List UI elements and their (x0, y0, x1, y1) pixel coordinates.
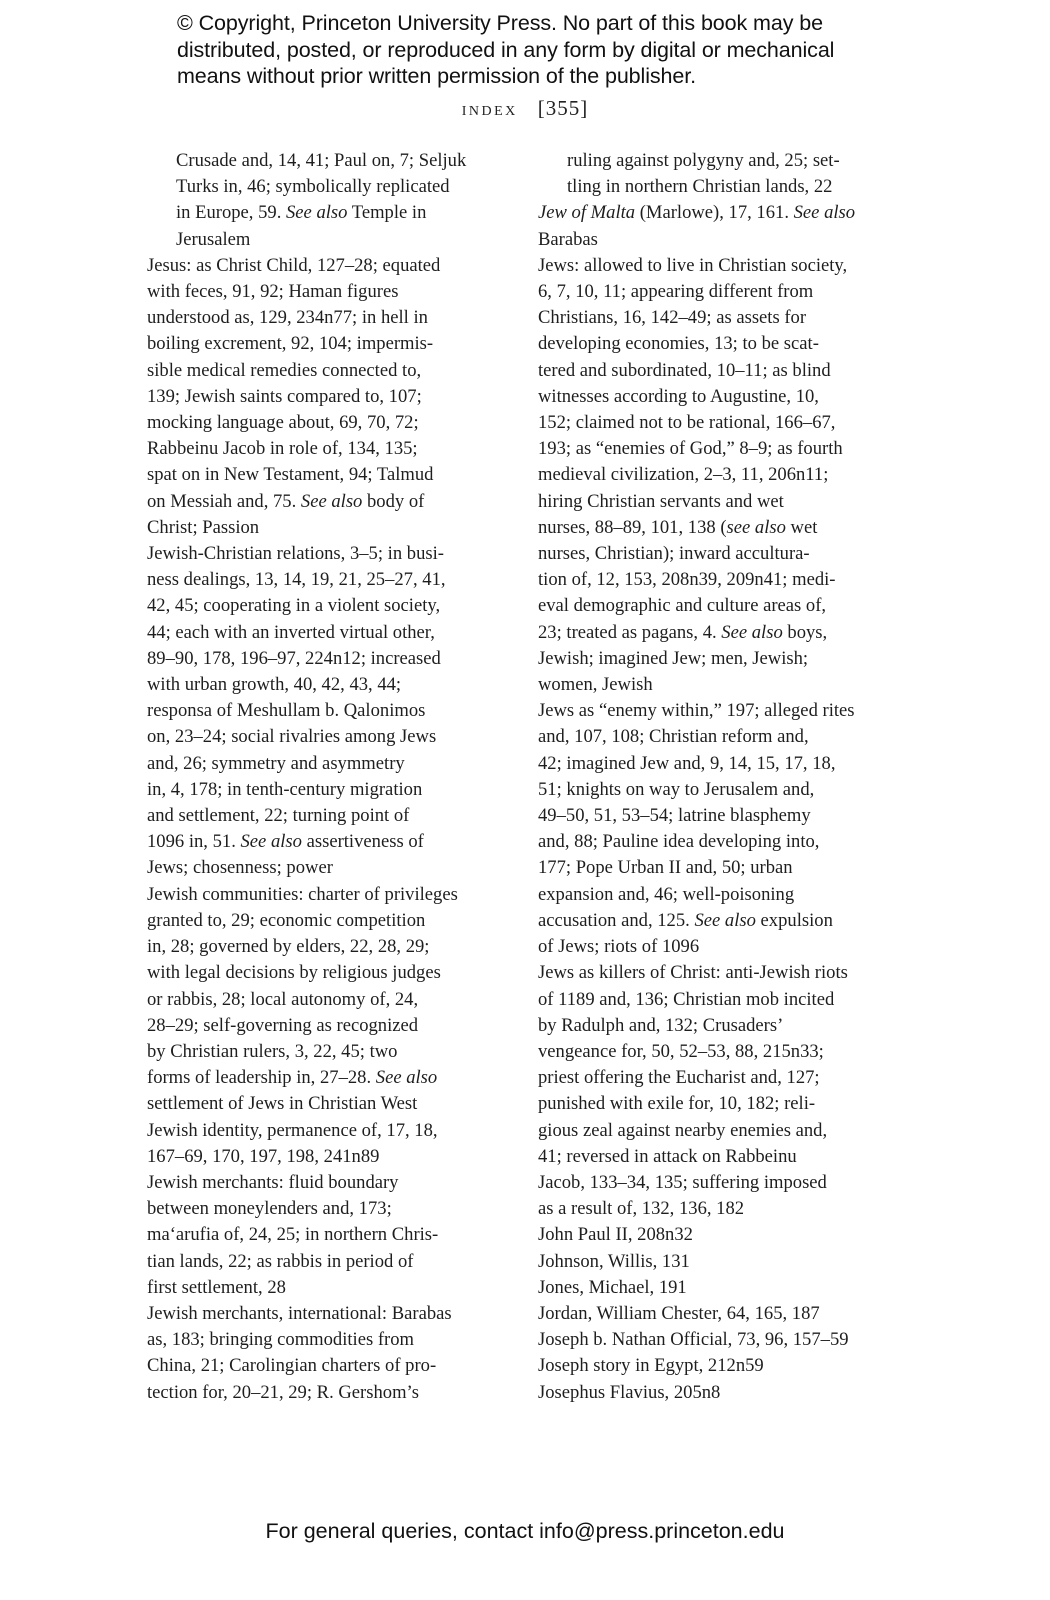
text-segment: boys, (783, 622, 827, 643)
text-segment: and, 107, 108; Christian reform and, (538, 726, 809, 747)
index-entry-line: medieval civilization, 2–3, 11, 206n11; (567, 462, 898, 488)
index-entry-line: 152; claimed not to be rational, 166–67, (567, 410, 898, 436)
text-segment: ma‘arufia of, 24, 25; in northern Chris- (147, 1224, 438, 1245)
text-segment: 1096 in, 51. (147, 831, 241, 852)
index-entry: Jesus: as Christ Child, 127–28; equatedw… (147, 253, 519, 541)
index-entry: Jewish-Christian relations, 3–5; in busi… (147, 541, 519, 882)
index-entry-line: Jordan, William Chester, 64, 165, 187 (567, 1301, 898, 1327)
index-entry: Jones, Michael, 191 (538, 1275, 898, 1301)
italic-text: See also (301, 491, 362, 512)
text-segment: Jewish merchants: fluid boundary (147, 1172, 398, 1193)
index-entry-line: sible medical remedies connected to, (176, 358, 519, 384)
index-entry-line: responsa of Meshullam b. Qalonimos (176, 698, 519, 724)
text-segment: Jews as killers of Christ: anti-Jewish r… (538, 962, 848, 983)
text-segment: responsa of Meshullam b. Qalonimos (147, 700, 425, 721)
text-segment: forms of leadership in, 27–28. (147, 1067, 376, 1088)
index-entry-line: as a result of, 132, 136, 182 (567, 1196, 898, 1222)
text-segment: 51; knights on way to Jerusalem and, (538, 779, 814, 800)
text-segment: in, 4, 178; in tenth-century migration (147, 779, 422, 800)
index-entry-line: vengeance for, 50, 52–53, 88, 215n33; (567, 1039, 898, 1065)
text-segment: in Europe, 59. (176, 202, 286, 223)
index-entry-line: Jews as killers of Christ: anti-Jewish r… (567, 960, 898, 986)
index-entry-line: understood as, 129, 234n77; in hell in (176, 305, 519, 331)
text-segment: with urban growth, 40, 42, 43, 44; (147, 674, 401, 695)
text-segment: granted to, 29; economic competition (147, 910, 425, 931)
index-entry-line: Jewish identity, permanence of, 17, 18, (176, 1118, 519, 1144)
italic-text: See also (721, 622, 782, 643)
text-segment: by Christian rulers, 3, 22, 45; two (147, 1041, 397, 1062)
text-segment: assertiveness of (302, 831, 424, 852)
text-segment: of Jews; riots of 1096 (538, 936, 699, 957)
text-segment: tian lands, 22; as rabbis in period of (147, 1251, 413, 1272)
index-entry-line: by Christian rulers, 3, 22, 45; two (176, 1039, 519, 1065)
index-entry-line: hiring Christian servants and wet (567, 489, 898, 515)
italic-text: see also (727, 517, 786, 538)
index-entry-line: Josephus Flavius, 205n8 (567, 1380, 898, 1406)
index-entry-line: of Jews; riots of 1096 (567, 934, 898, 960)
running-head: INDEX [355] (0, 96, 1050, 121)
index-entry-line: 167–69, 170, 197, 198, 241n89 (176, 1144, 519, 1170)
index-entry-line: tian lands, 22; as rabbis in period of (176, 1249, 519, 1275)
index-entry-line: 193; as “enemies of God,” 8–9; as fourth (567, 436, 898, 462)
index-entry: Johnson, Willis, 131 (538, 1249, 898, 1275)
text-segment: 89–90, 178, 196–97, 224n12; increased (147, 648, 441, 669)
index-column-left: Crusade and, 14, 41; Paul on, 7; SeljukT… (147, 148, 519, 1406)
index-entry-line: in, 4, 178; in tenth-century migration (176, 777, 519, 803)
text-segment: accusation and, 125. (538, 910, 694, 931)
index-entry-line: on, 23–24; social rivalries among Jews (176, 724, 519, 750)
text-segment: Jews; chosenness; power (147, 857, 333, 878)
text-segment: Joseph story in Egypt, 212n59 (538, 1355, 764, 1376)
text-segment: Johnson, Willis, 131 (538, 1251, 690, 1272)
text-segment: between moneylenders and, 173; (147, 1198, 392, 1219)
text-segment: Turks in, 46; symbolically replicated (176, 176, 450, 197)
copyright-line: distributed, posted, or reproduced in an… (177, 37, 877, 64)
text-segment: 177; Pope Urban II and, 50; urban (538, 857, 793, 878)
copyright-line: means without prior written permission o… (177, 63, 877, 90)
text-segment: expulsion (756, 910, 833, 931)
text-segment: 41; reversed in attack on Rabbeinu (538, 1146, 797, 1167)
index-entry-line: ness dealings, 13, 14, 19, 21, 25–27, 41… (176, 567, 519, 593)
index-entry-line: mocking language about, 69, 70, 72; (176, 410, 519, 436)
text-segment: expansion and, 46; well-poisoning (538, 884, 794, 905)
index-entry-continued: ruling against polygyny and, 25; set-tli… (538, 148, 898, 200)
index-entry-line: in, 28; governed by elders, 22, 28, 29; (176, 934, 519, 960)
index-entry-line: Jewish merchants: fluid boundary (176, 1170, 519, 1196)
page-number: [355] (538, 96, 589, 120)
text-segment: sible medical remedies connected to, (147, 360, 421, 381)
text-segment: Jacob, 133–34, 135; suffering imposed (538, 1172, 827, 1193)
index-entry-line: John Paul II, 208n32 (567, 1222, 898, 1248)
text-segment: China, 21; Carolingian charters of pro- (147, 1355, 436, 1376)
text-segment: 193; as “enemies of God,” 8–9; as fourth (538, 438, 843, 459)
text-segment: on, 23–24; social rivalries among Jews (147, 726, 436, 747)
index-entry-line: expansion and, 46; well-poisoning (567, 882, 898, 908)
text-segment: with feces, 91, 92; Haman figures (147, 281, 398, 302)
index-entry-line: Jewish merchants, international: Barabas (176, 1301, 519, 1327)
index-entry-line: women, Jewish (567, 672, 898, 698)
index-entry-line: 28–29; self-governing as recognized (176, 1013, 519, 1039)
text-segment: Jewish communities: charter of privilege… (147, 884, 458, 905)
text-segment: Crusade and, 14, 41; Paul on, 7; Seljuk (176, 150, 466, 171)
text-segment: 42, 45; cooperating in a violent society… (147, 595, 440, 616)
text-segment: and settlement, 22; turning point of (147, 805, 409, 826)
text-segment: developing economies, 13; to be scat- (538, 333, 819, 354)
index-entry-line: granted to, 29; economic competition (176, 908, 519, 934)
text-segment: tling in northern Christian lands, 22 (567, 176, 832, 197)
index-entry-line: accusation and, 125. See also expulsion (567, 908, 898, 934)
text-segment: Temple in (347, 202, 426, 223)
text-segment: Josephus Flavius, 205n8 (538, 1382, 720, 1403)
index-entry: Jews as “enemy within,” 197; alleged rit… (538, 698, 898, 960)
index-entry-line: gious zeal against nearby enemies and, (567, 1118, 898, 1144)
index-entry: Jew of Malta (Marlowe), 17, 161. See als… (538, 200, 898, 252)
text-segment: understood as, 129, 234n77; in hell in (147, 307, 428, 328)
index-entry-line: 42, 45; cooperating in a violent society… (176, 593, 519, 619)
index-entry-continued: Crusade and, 14, 41; Paul on, 7; SeljukT… (147, 148, 519, 253)
text-segment: punished with exile for, 10, 182; reli- (538, 1093, 815, 1114)
text-segment: on Messiah and, 75. (147, 491, 301, 512)
index-entry-line: Jews: allowed to live in Christian socie… (567, 253, 898, 279)
text-segment: Rabbeinu Jacob in role of, 134, 135; (147, 438, 418, 459)
index-entry-line: forms of leadership in, 27–28. See also (176, 1065, 519, 1091)
text-segment: nurses, Christian); inward accultura- (538, 543, 810, 564)
index-entry-line: Turks in, 46; symbolically replicated (176, 174, 519, 200)
index-entry-line: 139; Jewish saints compared to, 107; (176, 384, 519, 410)
text-segment: tered and subordinated, 10–11; as blind (538, 360, 831, 381)
index-entry-line: 49–50, 51, 53–54; latrine blasphemy (567, 803, 898, 829)
text-segment: Jewish; imagined Jew; men, Jewish; (538, 648, 808, 669)
index-entry-line: 89–90, 178, 196–97, 224n12; increased (176, 646, 519, 672)
text-segment: 6, 7, 10, 11; appearing different from (538, 281, 813, 302)
index-entry: Jewish identity, permanence of, 17, 18,1… (147, 1118, 519, 1170)
index-entry-line: by Radulph and, 132; Crusaders’ (567, 1013, 898, 1039)
index-entry-line: tling in northern Christian lands, 22 (567, 174, 898, 200)
index-entry-line: spat on in New Testament, 94; Talmud (176, 462, 519, 488)
index-entry-line: tion of, 12, 153, 208n39, 209n41; medi- (567, 567, 898, 593)
index-entry-line: Barabas (567, 227, 898, 253)
italic-text: Jew of Malta (538, 202, 635, 223)
index-entry-line: and, 107, 108; Christian reform and, (567, 724, 898, 750)
text-segment: mocking language about, 69, 70, 72; (147, 412, 419, 433)
text-segment: nurses, 88–89, 101, 138 ( (538, 517, 727, 538)
text-segment: witnesses according to Augustine, 10, (538, 386, 819, 407)
text-segment: and, 88; Pauline idea developing into, (538, 831, 819, 852)
text-segment: Jesus: as Christ Child, 127–28; equated (147, 255, 440, 276)
index-entry: Joseph b. Nathan Official, 73, 96, 157–5… (538, 1327, 898, 1353)
index-entry: Jewish merchants, international: Barabas… (147, 1301, 519, 1406)
index-entry-line: 51; knights on way to Jerusalem and, (567, 777, 898, 803)
text-segment: 152; claimed not to be rational, 166–67, (538, 412, 835, 433)
text-segment: in, 28; governed by elders, 22, 28, 29; (147, 936, 429, 957)
text-segment: 139; Jewish saints compared to, 107; (147, 386, 422, 407)
text-segment: and, 26; symmetry and asymmetry (147, 753, 405, 774)
index-entry-line: developing economies, 13; to be scat- (567, 331, 898, 357)
index-entry-line: Crusade and, 14, 41; Paul on, 7; Seljuk (176, 148, 519, 174)
index-entry-line: Jew of Malta (Marlowe), 17, 161. See als… (567, 200, 898, 226)
index-entry-line: tection for, 20–21, 29; R. Gershom’s (176, 1380, 519, 1406)
text-segment: Jewish merchants, international: Barabas (147, 1303, 452, 1324)
text-segment: boiling excrement, 92, 104; impermis- (147, 333, 433, 354)
text-segment: vengeance for, 50, 52–53, 88, 215n33; (538, 1041, 824, 1062)
index-entry-line: nurses, 88–89, 101, 138 (see also wet (567, 515, 898, 541)
index-entry-line: and settlement, 22; turning point of (176, 803, 519, 829)
index-entry-line: 42; imagined Jew and, 9, 14, 15, 17, 18, (567, 751, 898, 777)
text-segment: ness dealings, 13, 14, 19, 21, 25–27, 41… (147, 569, 446, 590)
text-segment: hiring Christian servants and wet (538, 491, 784, 512)
text-segment: settlement of Jews in Christian West (147, 1093, 417, 1114)
text-segment: eval demographic and culture areas of, (538, 595, 826, 616)
index-entry-line: between moneylenders and, 173; (176, 1196, 519, 1222)
index-entry-line: as, 183; bringing commodities from (176, 1327, 519, 1353)
index-entry-line: Jews; chosenness; power (176, 855, 519, 881)
text-segment: Jones, Michael, 191 (538, 1277, 687, 1298)
text-segment: by Radulph and, 132; Crusaders’ (538, 1015, 783, 1036)
index-entry-line: 23; treated as pagans, 4. See also boys, (567, 620, 898, 646)
index-entry-line: tered and subordinated, 10–11; as blind (567, 358, 898, 384)
index-entry-line: Jewish communities: charter of privilege… (176, 882, 519, 908)
text-segment: Joseph b. Nathan Official, 73, 96, 157–5… (538, 1329, 849, 1350)
text-segment: tion of, 12, 153, 208n39, 209n41; medi- (538, 569, 835, 590)
text-segment: 44; each with an inverted virtual other, (147, 622, 435, 643)
text-segment: first settlement, 28 (147, 1277, 286, 1298)
italic-text: See also (794, 202, 855, 223)
italic-text: See also (241, 831, 302, 852)
index-entry-line: nurses, Christian); inward accultura- (567, 541, 898, 567)
text-segment: 23; treated as pagans, 4. (538, 622, 721, 643)
index-entry-line: with legal decisions by religious judges (176, 960, 519, 986)
section-label: INDEX (462, 104, 518, 119)
index-entry-line: Jacob, 133–34, 135; suffering imposed (567, 1170, 898, 1196)
text-segment: as, 183; bringing commodities from (147, 1329, 414, 1350)
index-entry-line: 41; reversed in attack on Rabbeinu (567, 1144, 898, 1170)
text-segment: as a result of, 132, 136, 182 (538, 1198, 744, 1219)
index-entry-line: Joseph story in Egypt, 212n59 (567, 1353, 898, 1379)
index-entry-line: Jews as “enemy within,” 197; alleged rit… (567, 698, 898, 724)
index-entry-line: settlement of Jews in Christian West (176, 1091, 519, 1117)
text-segment: 49–50, 51, 53–54; latrine blasphemy (538, 805, 811, 826)
footer-contact: For general queries, contact info@press.… (0, 1519, 1050, 1544)
index-entry-line: with urban growth, 40, 42, 43, 44; (176, 672, 519, 698)
index-entry-line: in Europe, 59. See also Temple in (176, 200, 519, 226)
index-entry: Jewish merchants: fluid boundarybetween … (147, 1170, 519, 1301)
text-segment: ruling against polygyny and, 25; set- (567, 150, 840, 171)
index-entry-line: or rabbis, 28; local autonomy of, 24, (176, 987, 519, 1013)
text-segment: women, Jewish (538, 674, 653, 695)
index-entry: Jews as killers of Christ: anti-Jewish r… (538, 960, 898, 1222)
index-entry-line: Jewish; imagined Jew; men, Jewish; (567, 646, 898, 672)
index-entry-line: witnesses according to Augustine, 10, (567, 384, 898, 410)
copyright-notice: © Copyright, Princeton University Press.… (177, 10, 877, 90)
index-entry-line: 44; each with an inverted virtual other, (176, 620, 519, 646)
text-segment: medieval civilization, 2–3, 11, 206n11; (538, 464, 828, 485)
text-segment: Jewish identity, permanence of, 17, 18, (147, 1120, 438, 1141)
index-entry-line: punished with exile for, 10, 182; reli- (567, 1091, 898, 1117)
italic-text: See also (286, 202, 347, 223)
text-segment: tection for, 20–21, 29; R. Gershom’s (147, 1382, 419, 1403)
index-entry-line: Jerusalem (176, 227, 519, 253)
index-entry-line: Jesus: as Christ Child, 127–28; equated (176, 253, 519, 279)
text-segment: 28–29; self-governing as recognized (147, 1015, 418, 1036)
index-entry: Jewish communities: charter of privilege… (147, 882, 519, 1118)
text-segment: priest offering the Eucharist and, 127; (538, 1067, 820, 1088)
text-segment: Jews: allowed to live in Christian socie… (538, 255, 847, 276)
text-segment: Jerusalem (176, 229, 250, 250)
text-segment: spat on in New Testament, 94; Talmud (147, 464, 433, 485)
text-segment: Barabas (538, 229, 598, 250)
copyright-line: © Copyright, Princeton University Press.… (177, 10, 877, 37)
text-segment: Jews as “enemy within,” 197; alleged rit… (538, 700, 855, 721)
text-segment: 42; imagined Jew and, 9, 14, 15, 17, 18, (538, 753, 835, 774)
italic-text: See also (694, 910, 755, 931)
text-segment: wet (786, 517, 818, 538)
italic-text: See also (376, 1067, 437, 1088)
index-entry-line: and, 88; Pauline idea developing into, (567, 829, 898, 855)
index-entry-line: first settlement, 28 (176, 1275, 519, 1301)
text-segment: 167–69, 170, 197, 198, 241n89 (147, 1146, 379, 1167)
index-entry-line: on Messiah and, 75. See also body of (176, 489, 519, 515)
index-entry: Jews: allowed to live in Christian socie… (538, 253, 898, 698)
index-entry: Josephus Flavius, 205n8 (538, 1380, 898, 1406)
index-entry-line: Rabbeinu Jacob in role of, 134, 135; (176, 436, 519, 462)
text-segment: John Paul II, 208n32 (538, 1224, 693, 1245)
text-segment: of 1189 and, 136; Christian mob incited (538, 989, 834, 1010)
text-segment: Christ; Passion (147, 517, 259, 538)
index-entry: Joseph story in Egypt, 212n59 (538, 1353, 898, 1379)
index-entry-line: 1096 in, 51. See also assertiveness of (176, 829, 519, 855)
index-entry-line: Johnson, Willis, 131 (567, 1249, 898, 1275)
text-segment: with legal decisions by religious judges (147, 962, 441, 983)
index-entry-line: ma‘arufia of, 24, 25; in northern Chris- (176, 1222, 519, 1248)
index-entry-line: with feces, 91, 92; Haman figures (176, 279, 519, 305)
index-entry-line: ruling against polygyny and, 25; set- (567, 148, 898, 174)
text-segment: Christians, 16, 142–49; as assets for (538, 307, 806, 328)
index-entry-line: of 1189 and, 136; Christian mob incited (567, 987, 898, 1013)
text-segment: Jordan, William Chester, 64, 165, 187 (538, 1303, 820, 1324)
index-entry: John Paul II, 208n32 (538, 1222, 898, 1248)
index-entry-line: Joseph b. Nathan Official, 73, 96, 157–5… (567, 1327, 898, 1353)
text-segment: Jewish-Christian relations, 3–5; in busi… (147, 543, 444, 564)
index-entry-line: 6, 7, 10, 11; appearing different from (567, 279, 898, 305)
index-entry-line: 177; Pope Urban II and, 50; urban (567, 855, 898, 881)
index-column-right: ruling against polygyny and, 25; set-tli… (538, 148, 898, 1406)
index-entry-line: Christians, 16, 142–49; as assets for (567, 305, 898, 331)
text-segment: or rabbis, 28; local autonomy of, 24, (147, 989, 418, 1010)
index-entry-line: and, 26; symmetry and asymmetry (176, 751, 519, 777)
index-entry-line: China, 21; Carolingian charters of pro- (176, 1353, 519, 1379)
index-entry-line: Jewish-Christian relations, 3–5; in busi… (176, 541, 519, 567)
index-entry-line: Jones, Michael, 191 (567, 1275, 898, 1301)
text-segment: body of (362, 491, 424, 512)
index-entry-line: eval demographic and culture areas of, (567, 593, 898, 619)
text-segment: gious zeal against nearby enemies and, (538, 1120, 827, 1141)
index-entry-line: Christ; Passion (176, 515, 519, 541)
index-entry: Jordan, William Chester, 64, 165, 187 (538, 1301, 898, 1327)
index-entry-line: boiling excrement, 92, 104; impermis- (176, 331, 519, 357)
index-entry-line: priest offering the Eucharist and, 127; (567, 1065, 898, 1091)
text-segment: (Marlowe), 17, 161. (635, 202, 794, 223)
